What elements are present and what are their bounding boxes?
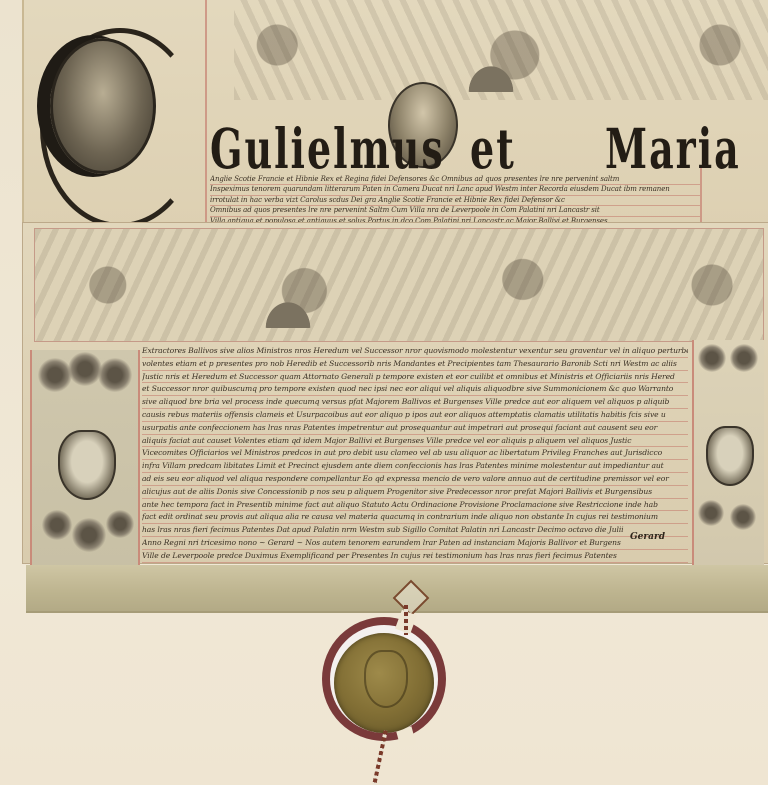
text-line: fact edit ordinat seu provis aut aliqua … [142,511,688,524]
right-heraldic-panel [692,340,764,565]
text-line: volentes etiam et p presentes pro nob He… [142,358,688,371]
flower-icon [38,358,72,392]
text-line: Extractores Ballivos sive alios Ministro… [142,345,688,358]
parchment-fold [26,565,768,613]
text-line: et Successor nror quibuscumq pro tempore… [142,383,688,396]
text-line: causis rebus materiis offensis clameis e… [142,409,688,422]
left-heraldic-panel [30,350,140,572]
text-line: irrotulat in hac verba vizt Carolus scdu… [210,196,700,206]
text-line: Inspeximus tenorem quarundam litterarum … [210,185,700,195]
text-line: Omnibus ad quos presentes lre nre perven… [210,206,700,216]
text-line: sive aliquod bre bria vel process inde q… [142,396,688,409]
clerk-signature: Gerard [630,532,665,542]
flower-icon [698,500,724,526]
top-text-block: Anglie Scotie Francie et Hibnie Rex et R… [210,175,700,223]
text-line: Ville de Leverpoole predce Duximus Exemp… [142,550,688,563]
seal-shield-emblem [364,650,408,708]
text-line: Vicecomites Officiarios vel Ministros pr… [142,447,688,460]
text-line: has lras nras fieri fecimus Patentes Dat… [142,524,688,537]
flower-icon [730,504,756,530]
lion-shield [706,426,754,486]
text-line: Anno Regni nri tricesimo nono ~ Gerard ~… [142,537,688,550]
text-line: usurpatis ante confeccionem has lras nra… [142,422,688,435]
flower-icon [730,344,758,372]
title-word: Gulielmus [210,120,445,178]
text-line: Justic nris et Heredum et Successor quam… [142,371,688,384]
flower-icon [42,510,72,540]
crown-icon [262,298,314,328]
middle-decorative-band [34,228,764,342]
crown-icon [465,62,517,92]
text-line: ante hec tempora fact in Presentib minim… [142,499,688,512]
text-line: aliquis faciat aut causet Volentes etiam… [142,435,688,448]
flower-icon [98,358,132,392]
text-line: ad eis seu eor aliquod vel aliqua respon… [142,473,688,486]
charter-title: Gulielmus et Maria Dei gratia [210,120,765,178]
royal-arms-shield [58,430,116,500]
king-portrait [50,38,156,174]
title-word: et [470,120,516,178]
text-line: infra Villam predcam libitates Limit et … [142,460,688,473]
flower-icon [68,352,102,386]
seal-cord [404,605,408,635]
flower-icon [72,518,106,552]
title-word: Maria [605,120,741,178]
body-text-block: Extractores Ballivos sive alios Ministro… [142,345,688,555]
text-line: alicujus aut de aliis Donis sive Concess… [142,486,688,499]
flower-icon [698,344,726,372]
text-line: Anglie Scotie Francie et Hibnie Rex et R… [210,175,700,185]
flower-icon [106,510,134,538]
